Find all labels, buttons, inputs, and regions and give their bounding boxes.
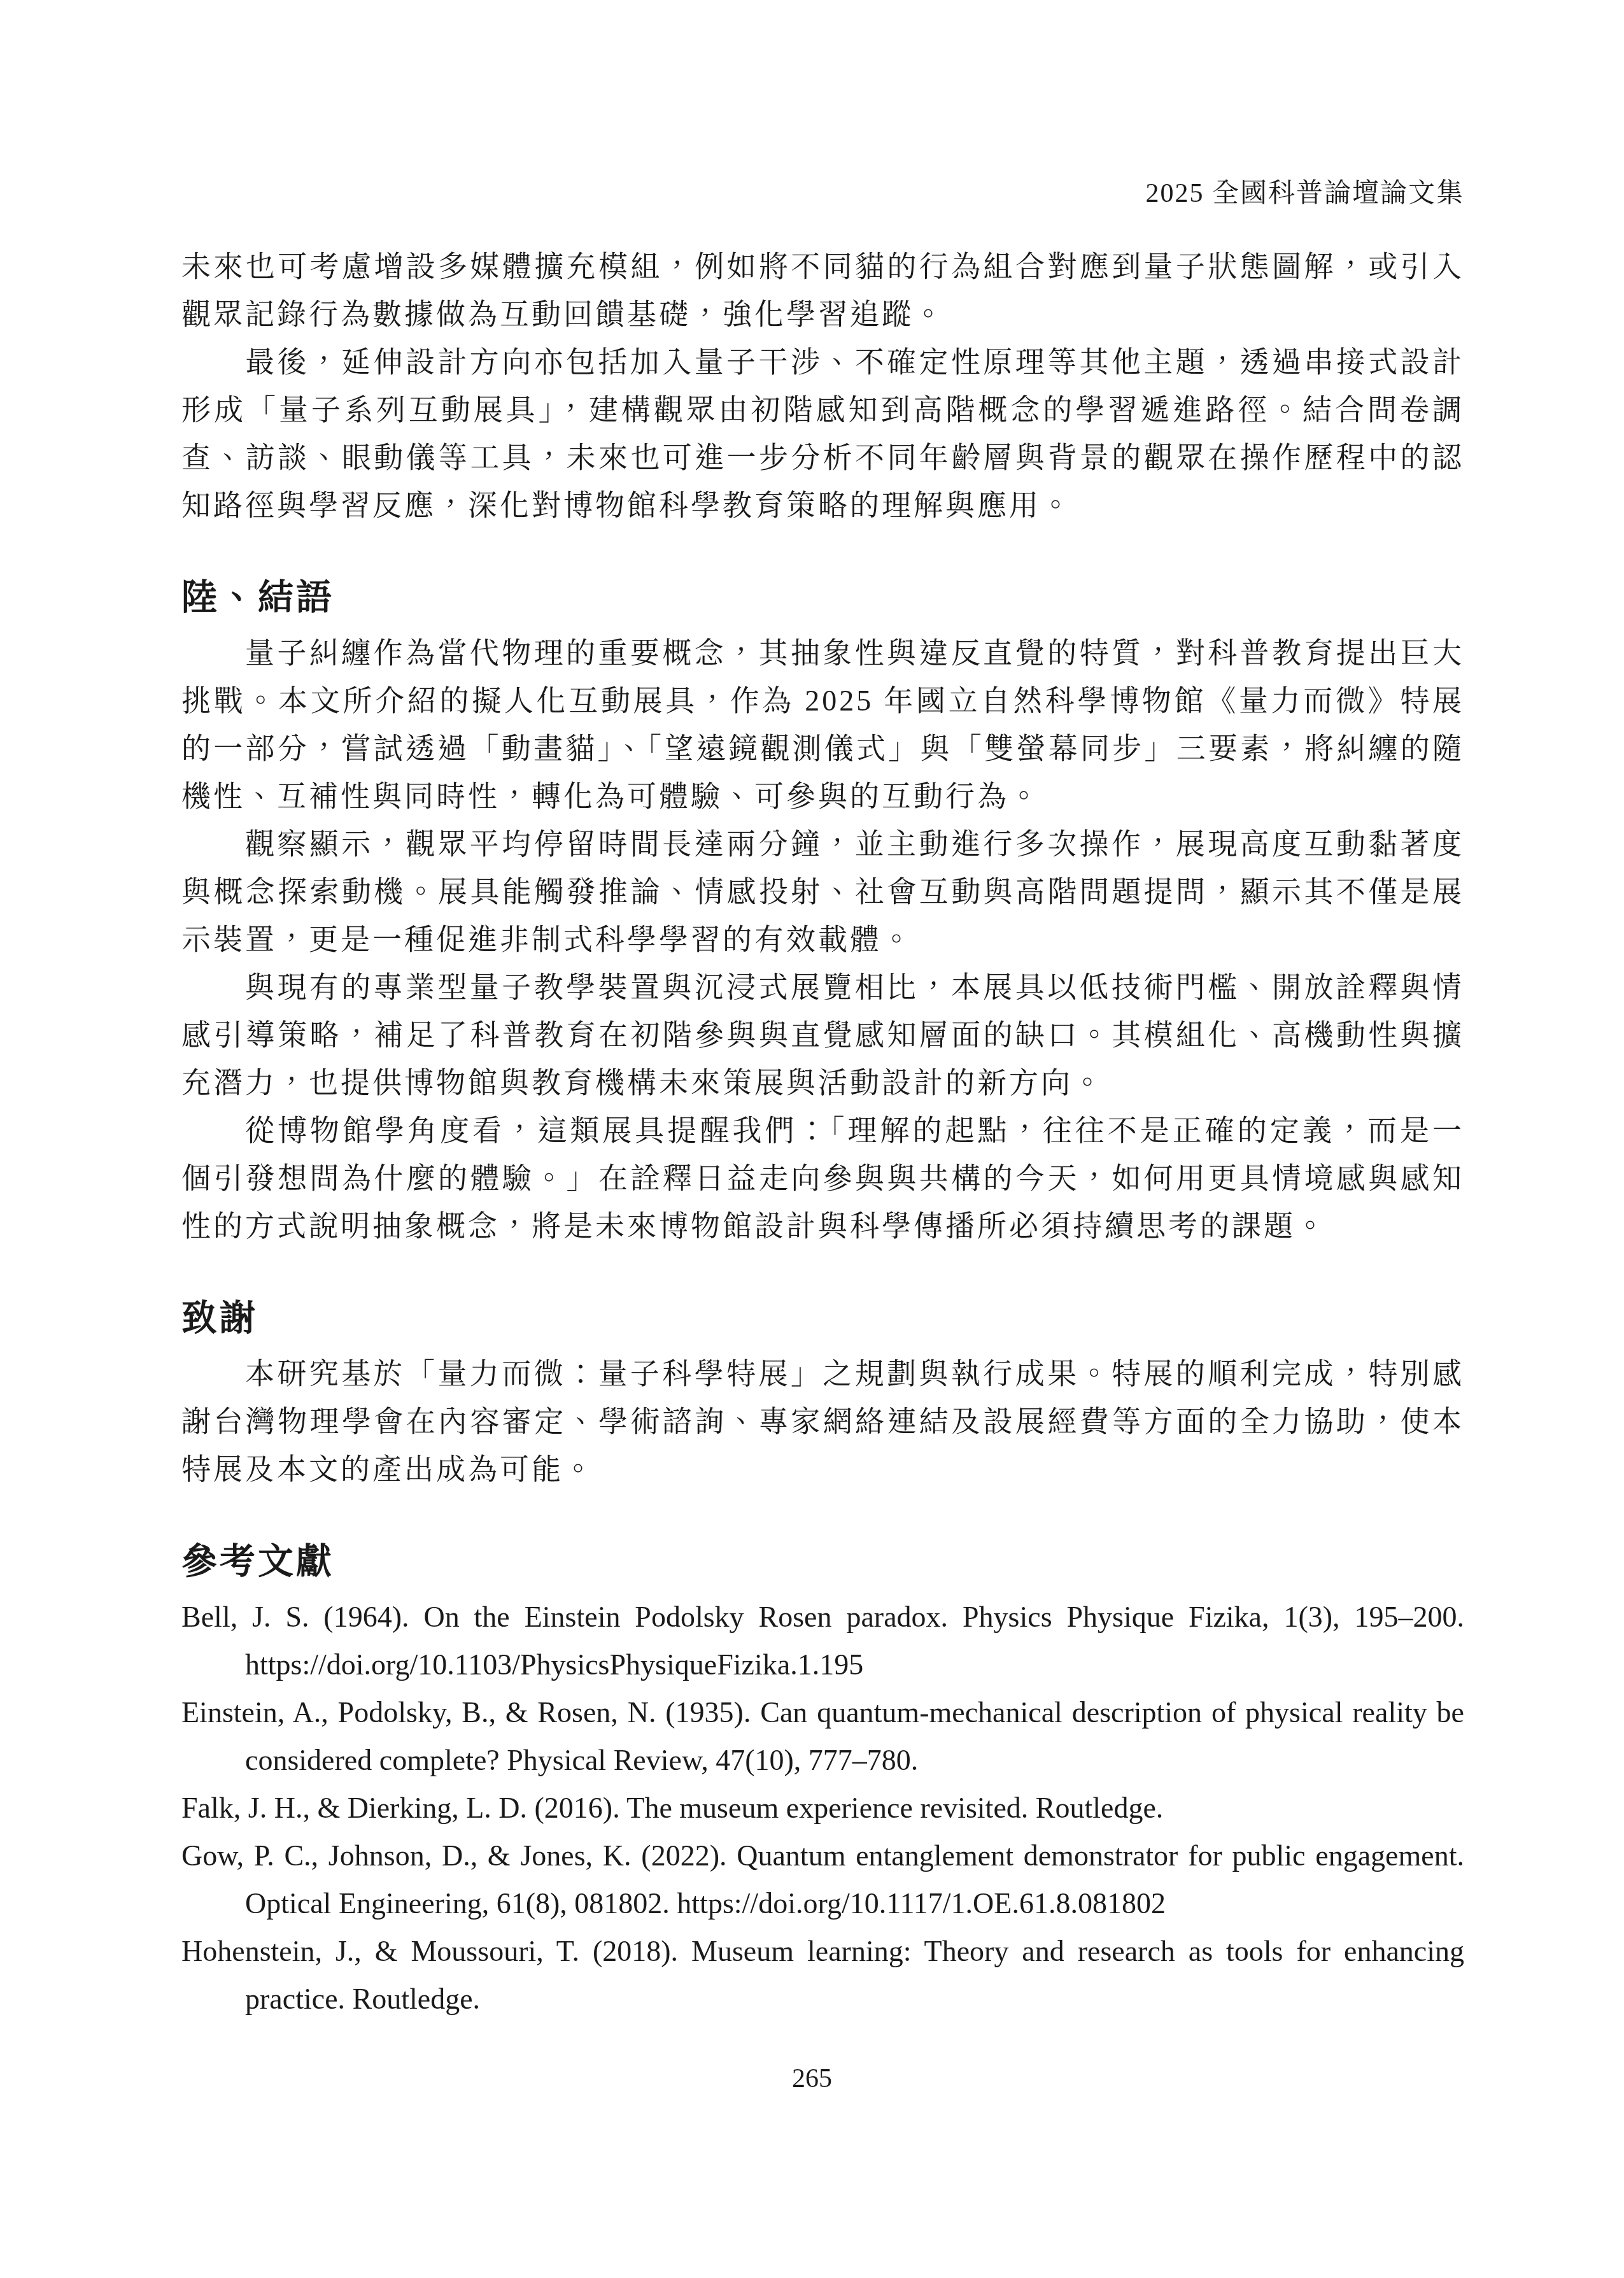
document-page: 2025 全國科普論壇論文集 未來也可考慮增設多媒體擴充模組，例如將不同貓的行為… bbox=[0, 0, 1624, 2278]
reference-entry-bell-1964: Bell, J. S. (1964). On the Einstein Podo… bbox=[181, 1593, 1464, 1688]
running-header: 2025 全國科普論壇論文集 bbox=[181, 179, 1464, 208]
reference-entry-hohenstein-2018: Hohenstein, J., & Moussouri, T. (2018). … bbox=[181, 1927, 1464, 2023]
reference-entry-falk-2016: Falk, J. H., & Dierking, L. D. (2016). T… bbox=[181, 1784, 1464, 1832]
page-number: 265 bbox=[0, 2063, 1624, 2095]
paragraph-conclusion-1: 量子糾纏作為當代物理的重要概念，其抽象性與違反直覺的特質，對科普教育提出巨大挑戰… bbox=[181, 629, 1464, 820]
section-heading-references: 參考文獻 bbox=[181, 1535, 1464, 1589]
section-heading-acknowledgement: 致謝 bbox=[181, 1292, 1464, 1346]
paragraph-acknowledgement: 本研究基於「量力而微：量子科學特展」之規劃與執行成果。特展的順利完成，特別感謝台… bbox=[181, 1350, 1464, 1493]
paragraph-conclusion-4: 從博物館學角度看，這類展具提醒我們：「理解的起點，往往不是正確的定義，而是一個引… bbox=[181, 1107, 1464, 1250]
section-heading-conclusion: 陸、結語 bbox=[181, 571, 1464, 625]
page-content: 2025 全國科普論壇論文集 未來也可考慮增設多媒體擴充模組，例如將不同貓的行為… bbox=[0, 0, 1624, 2023]
reference-entry-gow-2022: Gow, P. C., Johnson, D., & Jones, K. (20… bbox=[181, 1832, 1464, 1927]
paragraph-conclusion-3: 與現有的專業型量子教學裝置與沉浸式展覽相比，本展具以低技術門檻、開放詮釋與情感引… bbox=[181, 963, 1464, 1107]
paragraph-continuation: 未來也可考慮增設多媒體擴充模組，例如將不同貓的行為組合對應到量子狀態圖解，或引入… bbox=[181, 243, 1464, 338]
reference-list: Bell, J. S. (1964). On the Einstein Podo… bbox=[181, 1593, 1464, 2023]
reference-entry-einstein-1935: Einstein, A., Podolsky, B., & Rosen, N. … bbox=[181, 1688, 1464, 1784]
paragraph-future-design: 最後，延伸設計方向亦包括加入量子干涉、不確定性原理等其他主題，透過串接式設計形成… bbox=[181, 338, 1464, 529]
paragraph-conclusion-2: 觀察顯示，觀眾平均停留時間長達兩分鐘，並主動進行多次操作，展現高度互動黏著度與概… bbox=[181, 820, 1464, 963]
